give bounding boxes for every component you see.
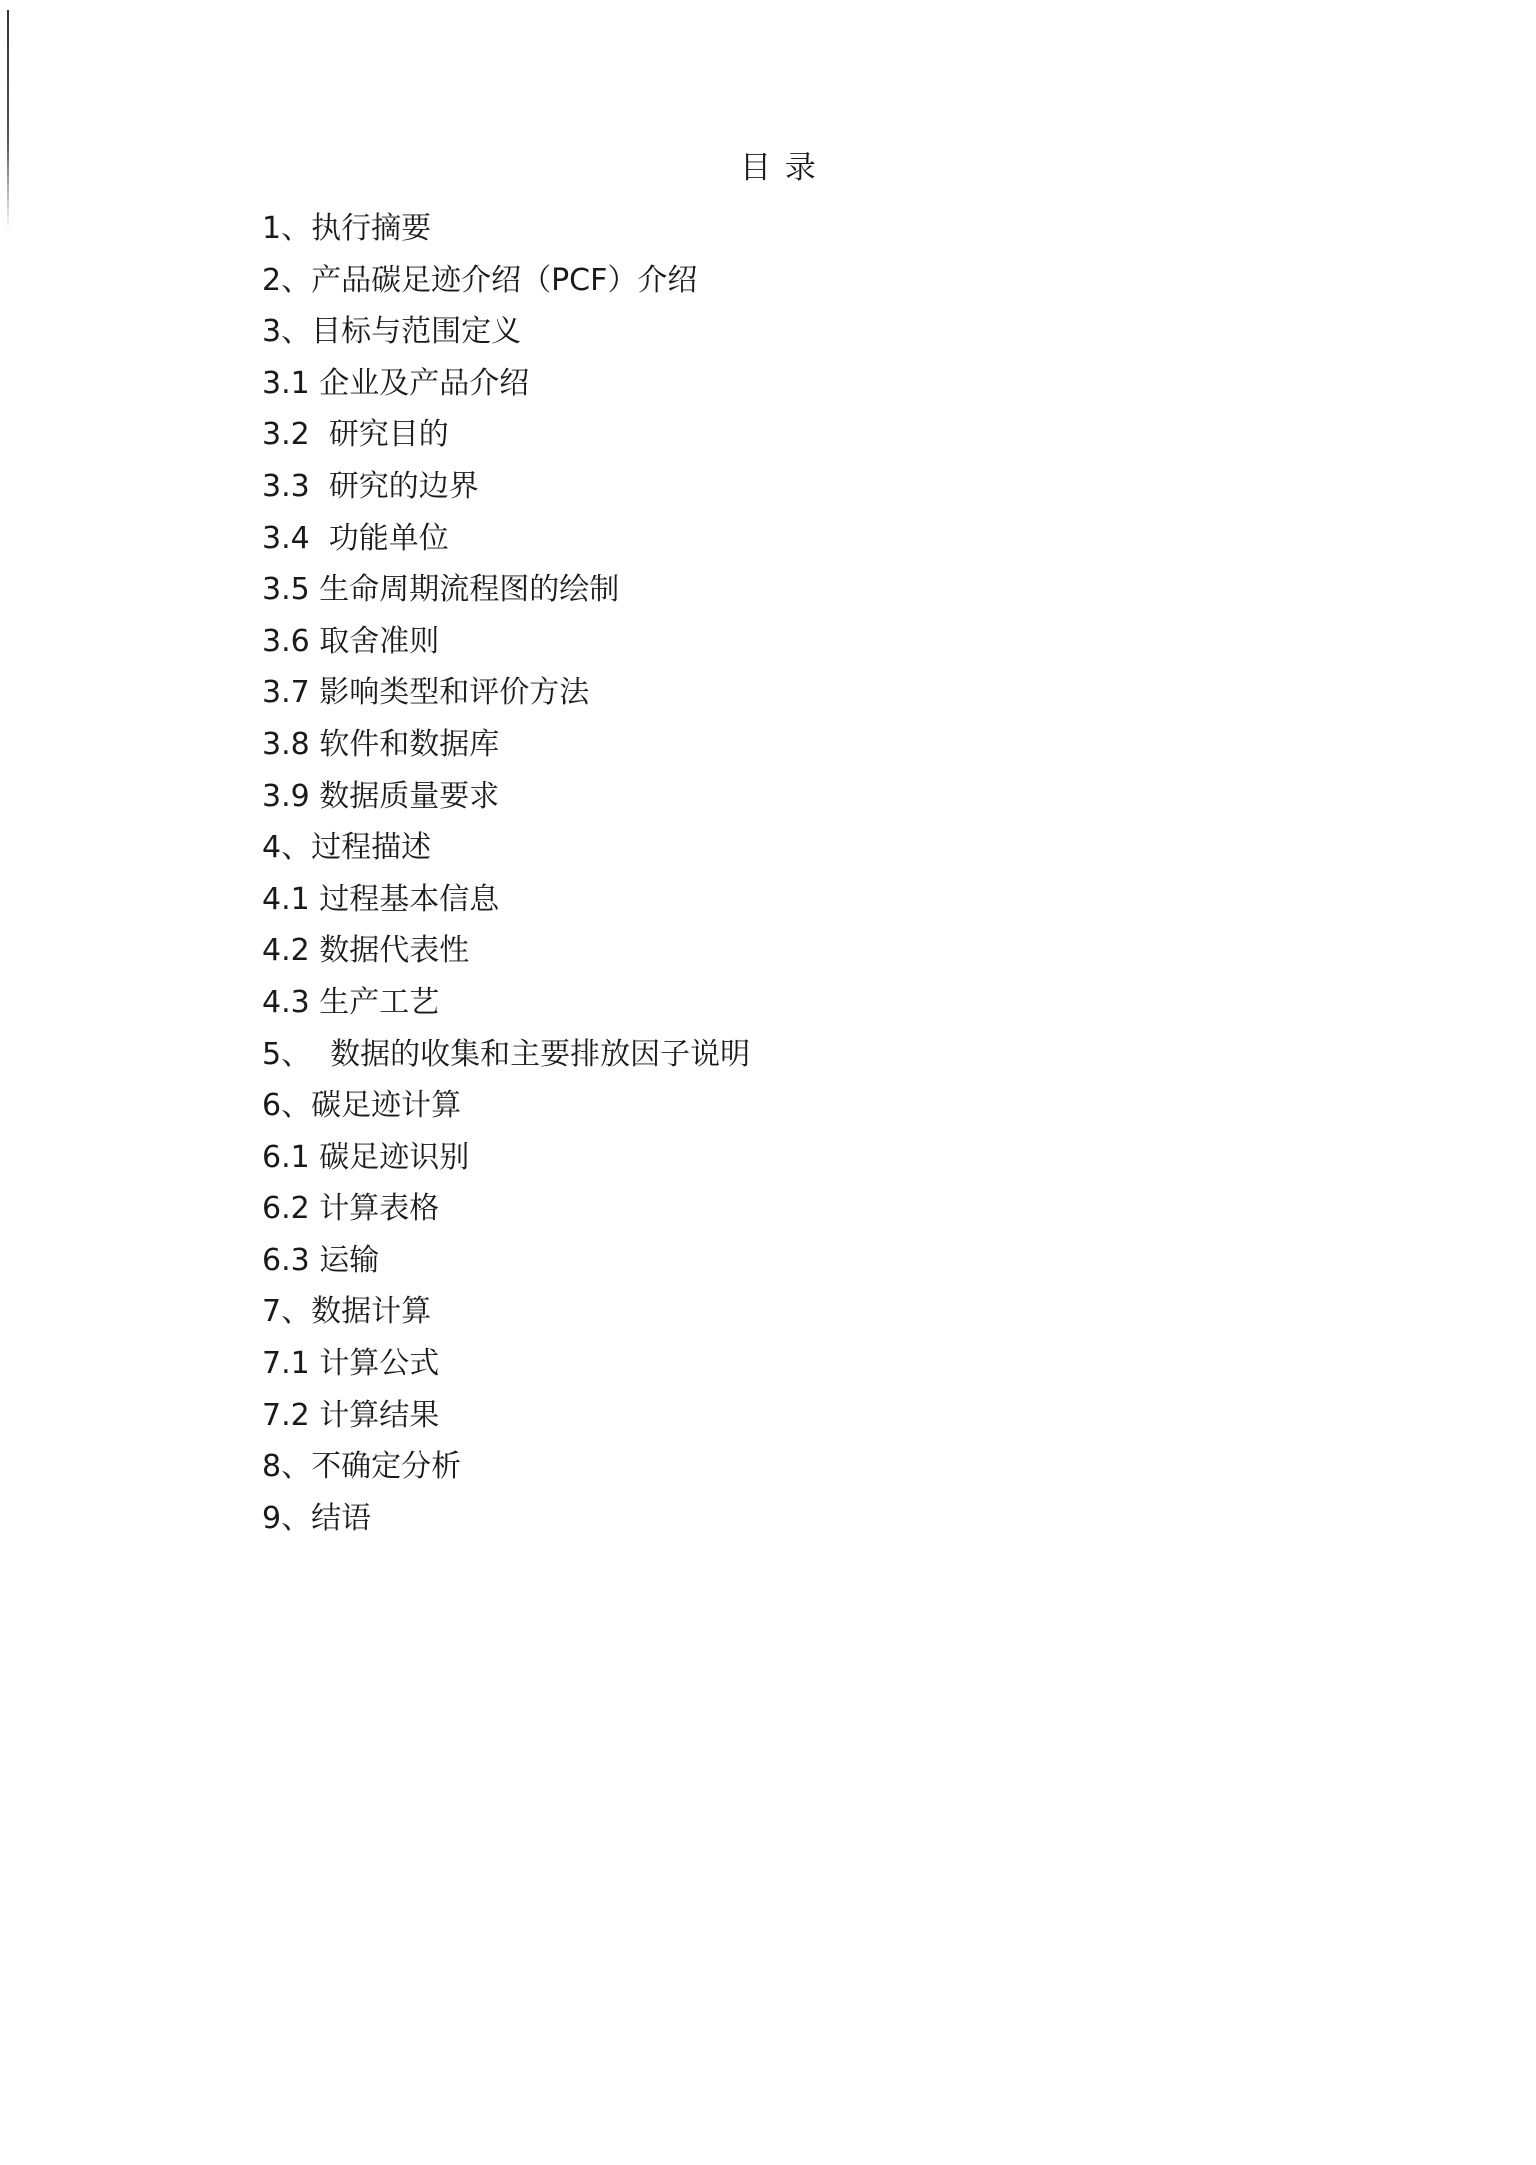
toc-item: 2、产品碳足迹介绍（PCF）介绍: [262, 255, 750, 307]
toc-item: 4、过程描述: [262, 822, 750, 874]
toc-item: 3.4 功能单位: [262, 513, 750, 565]
toc-item: 1、执行摘要: [262, 203, 750, 255]
toc-item: 7.2 计算结果: [262, 1390, 750, 1442]
toc-item: 3.7 影响类型和评价方法: [262, 667, 750, 719]
toc-item: 9、结语: [262, 1493, 750, 1545]
toc-item: 6.2 计算表格: [262, 1183, 750, 1235]
page-title: 目 录: [740, 148, 818, 188]
toc-item: 6.1 碳足迹识别: [262, 1132, 750, 1184]
toc-item: 3.5 生命周期流程图的绘制: [262, 564, 750, 616]
toc-item: 3.1 企业及产品介绍: [262, 358, 750, 410]
toc-item: 3、目标与范围定义: [262, 306, 750, 358]
toc-item: 7.1 计算公式: [262, 1338, 750, 1390]
toc-item: 6、碳足迹计算: [262, 1080, 750, 1132]
toc-item: 8、不确定分析: [262, 1441, 750, 1493]
toc-item: 4.3 生产工艺: [262, 977, 750, 1029]
toc-item: 3.6 取舍准则: [262, 616, 750, 668]
toc-item: 3.3 研究的边界: [262, 461, 750, 513]
toc-item: 3.8 软件和数据库: [262, 719, 750, 771]
toc-item: 6.3 运输: [262, 1235, 750, 1287]
toc-item: 4.1 过程基本信息: [262, 874, 750, 926]
scan-edge-artifact: [7, 10, 9, 230]
toc-item: 5、 数据的收集和主要排放因子说明: [262, 1029, 750, 1081]
toc-item: 4.2 数据代表性: [262, 925, 750, 977]
table-of-contents: 1、执行摘要 2、产品碳足迹介绍（PCF）介绍 3、目标与范围定义 3.1 企业…: [262, 203, 750, 1544]
toc-item: 3.9 数据质量要求: [262, 771, 750, 823]
toc-item: 7、数据计算: [262, 1286, 750, 1338]
toc-item: 3.2 研究目的: [262, 409, 750, 461]
